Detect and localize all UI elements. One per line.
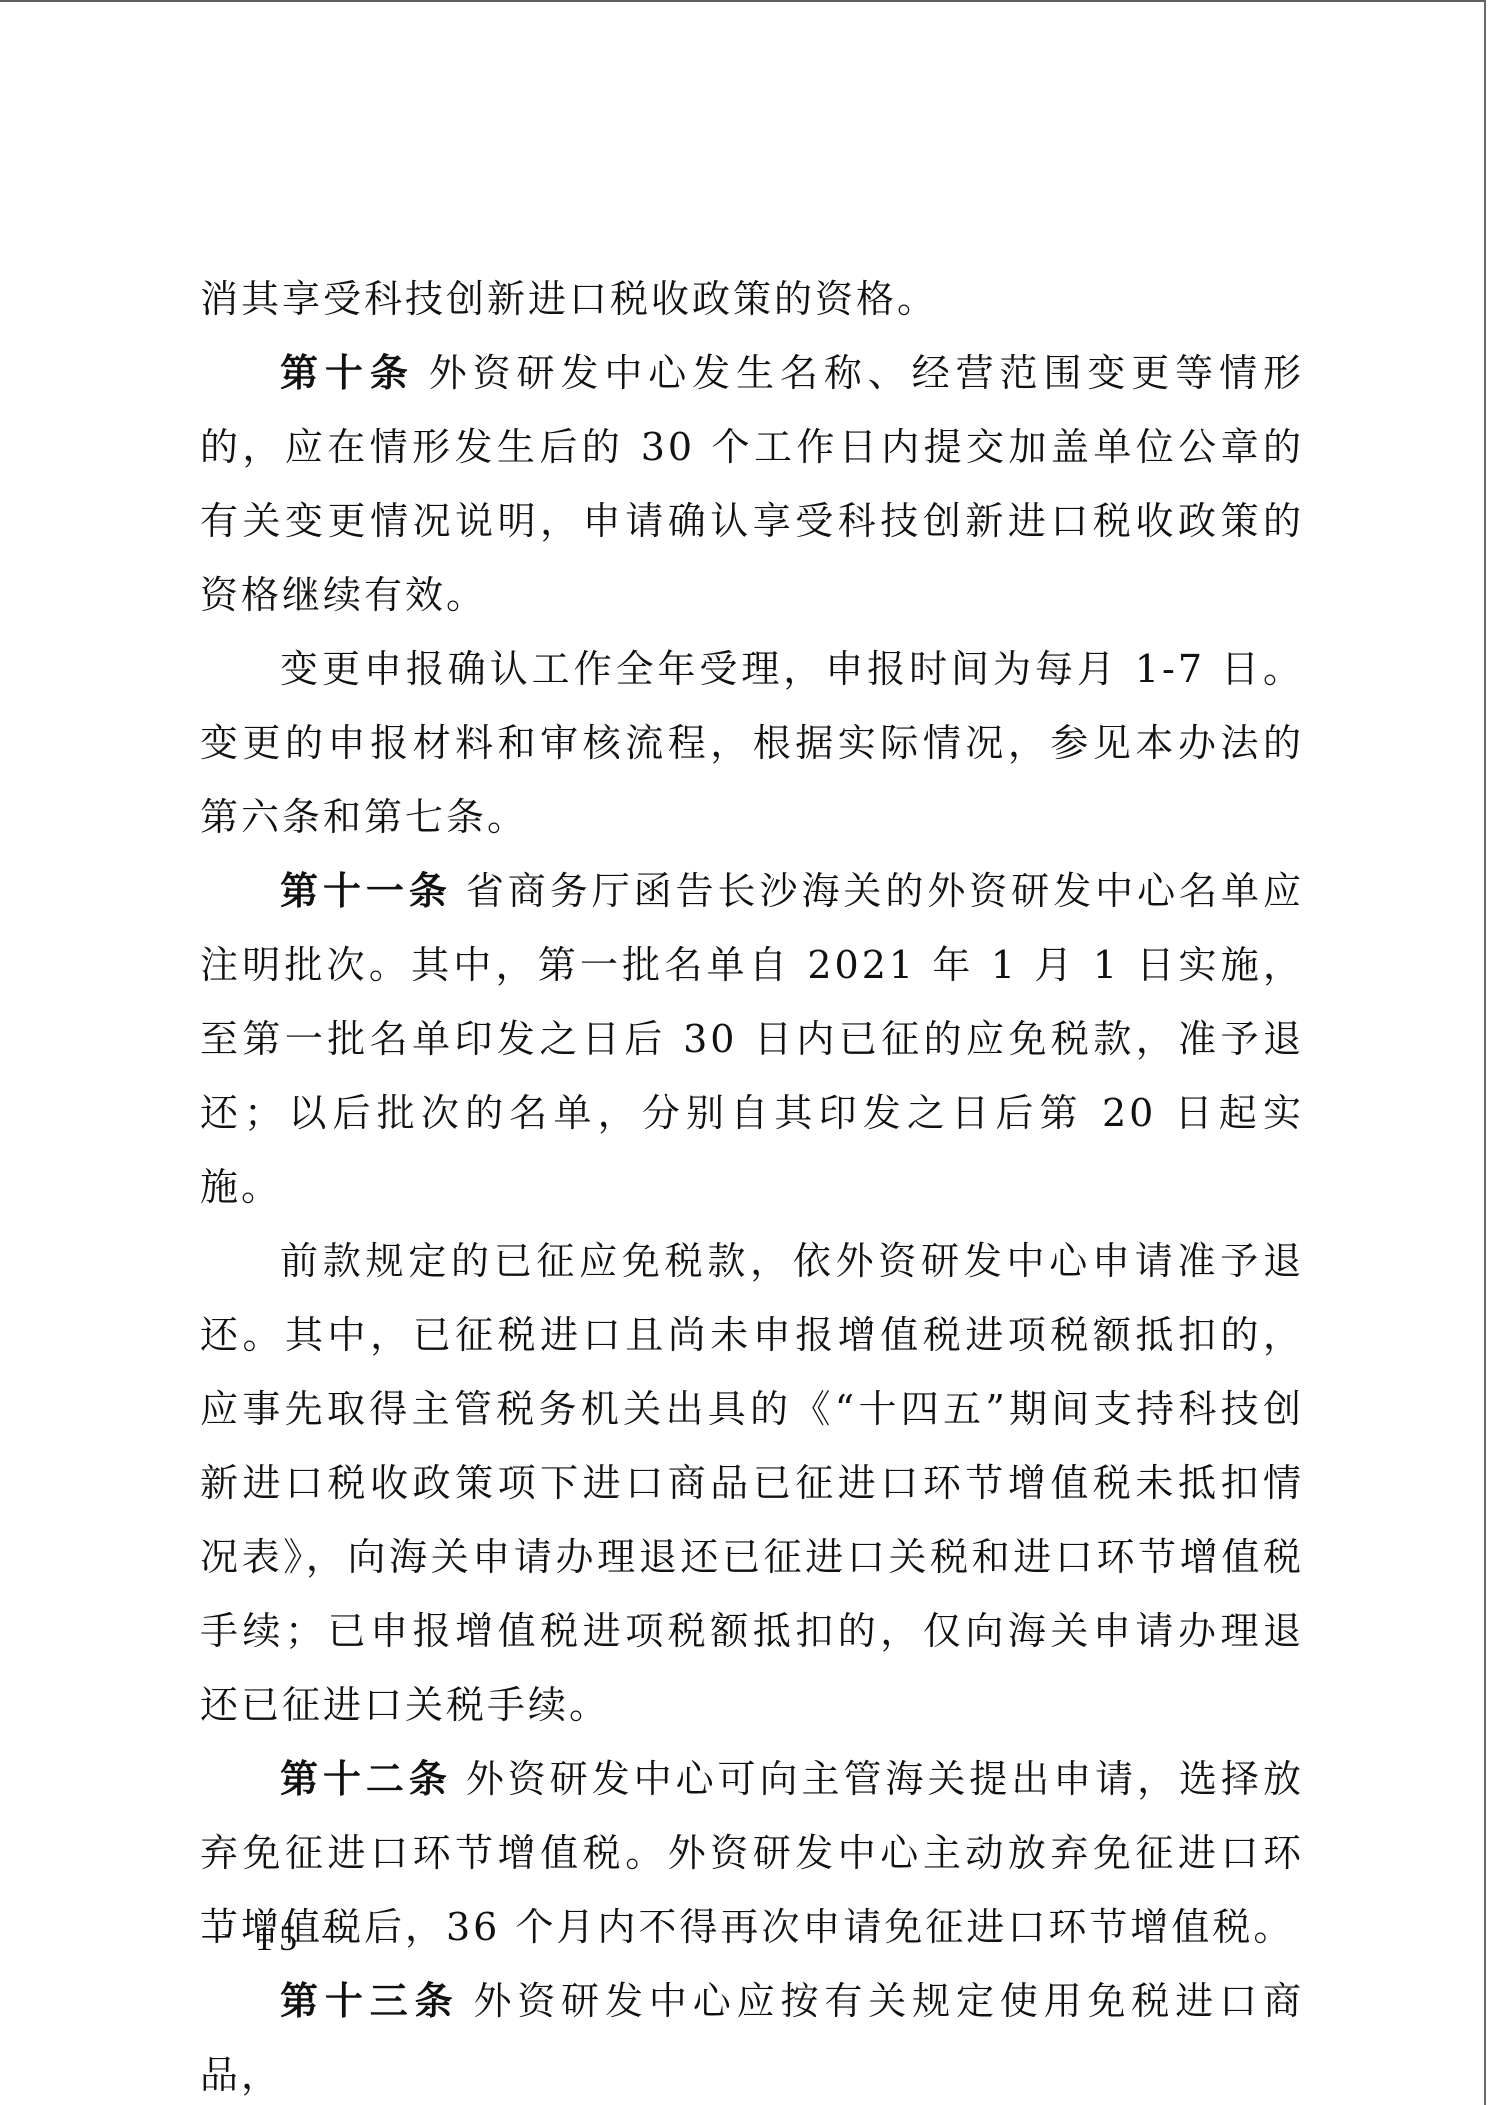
paragraph-article-12: 第十二条外资研发中心可向主管海关提出申请，选择放弃免征进口环节增值税。外资研发中… — [200, 1742, 1304, 1964]
article-title: 第十一条 — [280, 869, 452, 913]
paragraph-text: 前款规定的已征应免税款，依外资研发中心申请准予退还。其中，已征税进口且尚未申报增… — [200, 1239, 1304, 1727]
document-page: 消其享受科技创新进口税收政策的资格。 第十条外资研发中心发生名称、经营范围变更等… — [0, 0, 1486, 2105]
paragraph-text: 消其享受科技创新进口税收政策的资格。 — [200, 277, 938, 321]
article-title: 第十二条 — [280, 1757, 452, 1801]
paragraph-text: 变更申报确认工作全年受理，申报时间为每月 1-7 日。变更的申报材料和审核流程，… — [200, 647, 1304, 839]
article-title: 第十条 — [280, 351, 415, 395]
paragraph-article-11-refund: 前款规定的已征应免税款，依外资研发中心申请准予退还。其中，已征税进口且尚未申报增… — [200, 1224, 1304, 1742]
paragraph-continuation: 消其享受科技创新进口税收政策的资格。 — [200, 262, 1304, 336]
document-body: 消其享受科技创新进口税收政策的资格。 第十条外资研发中心发生名称、经营范围变更等… — [200, 262, 1304, 2105]
paragraph-article-13: 第十三条外资研发中心应按有关规定使用免税进口商品， — [200, 1964, 1304, 2105]
paragraph-article-10: 第十条外资研发中心发生名称、经营范围变更等情形的，应在情形发生后的 30 个工作… — [200, 336, 1304, 632]
paragraph-article-11: 第十一条省商务厅函告长沙海关的外资研发中心名单应注明批次。其中，第一批名单自 2… — [200, 854, 1304, 1224]
paragraph-text: 省商务厅函告长沙海关的外资研发中心名单应注明批次。其中，第一批名单自 2021 … — [200, 869, 1304, 1209]
article-title: 第十三条 — [280, 1979, 459, 2023]
page-number: － 15 － — [198, 1910, 360, 1961]
paragraph-article-10-change: 变更申报确认工作全年受理，申报时间为每月 1-7 日。变更的申报材料和审核流程，… — [200, 632, 1304, 854]
